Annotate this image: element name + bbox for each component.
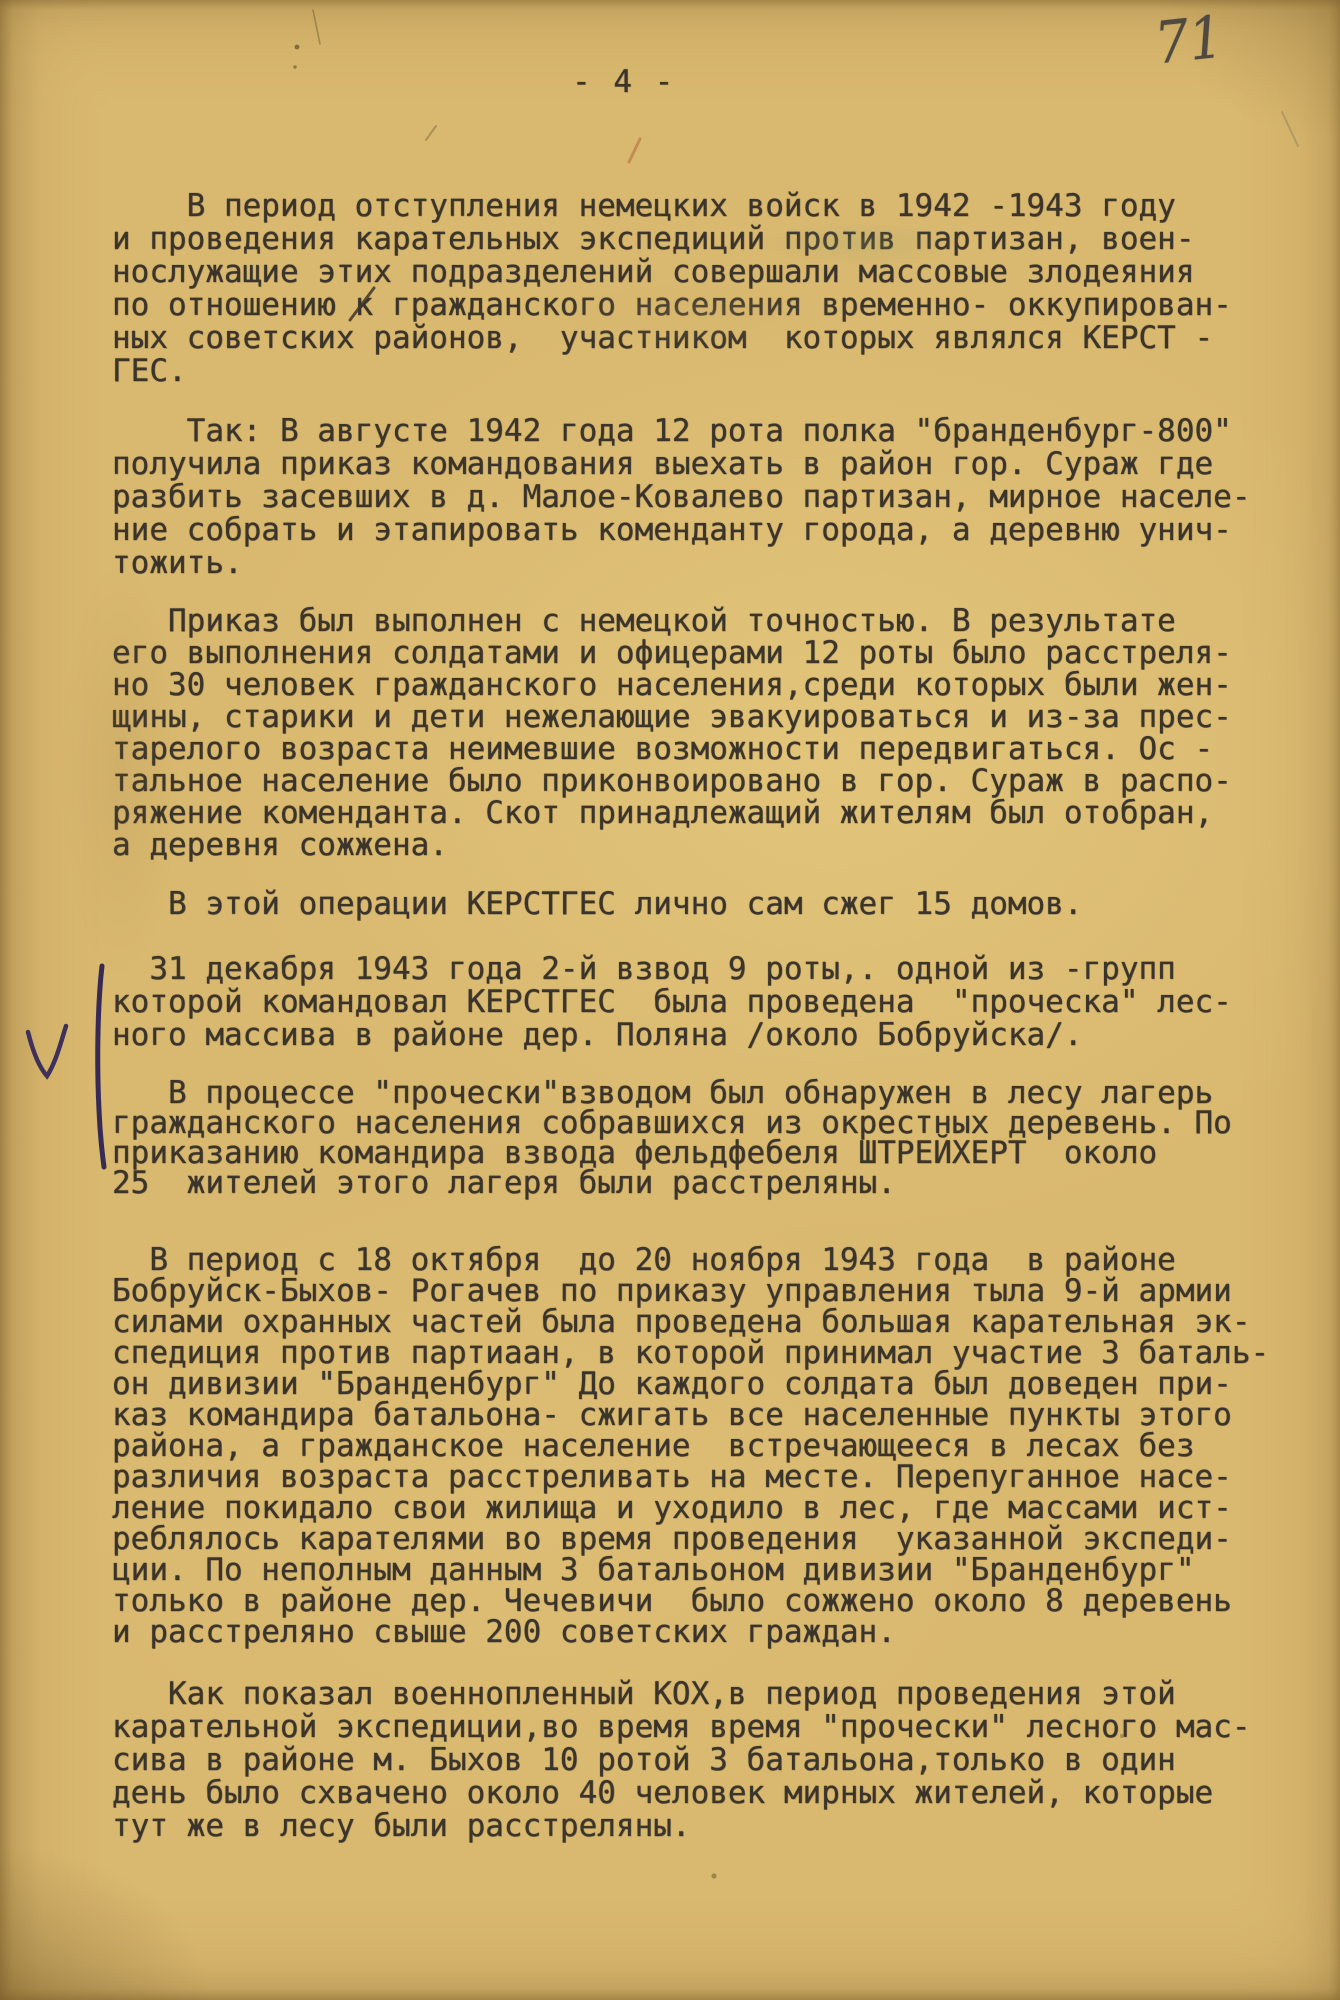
paragraph-4: В этой операции КЕРСТГЕС лично сам сжег …	[112, 888, 1083, 921]
paragraph-6: В процессе "прочески"взводом был обнаруж…	[112, 1078, 1232, 1198]
paper-speck	[711, 1873, 716, 1878]
paper-speck	[295, 45, 300, 50]
document-page: - 4 - 71 В период отступления немецких в…	[0, 0, 1340, 2000]
paper-speck	[293, 65, 296, 68]
margin-vertical-line-ink	[98, 966, 104, 1167]
paragraph-2: Так: В августе 1942 года 12 рота полка "…	[112, 415, 1250, 580]
page-number: - 4 -	[572, 66, 675, 99]
scratch-mark	[313, 10, 320, 44]
paragraph-5: 31 декабря 1943 года 2-й взвод 9 роты,. …	[112, 953, 1232, 1052]
margin-checkmark-icon	[28, 1026, 66, 1076]
handwritten-folio-number: 71	[1152, 3, 1227, 78]
paragraph-3: Приказ был выполнен с немецкой точностью…	[112, 605, 1232, 861]
paragraph-1: В период отступления немецких войск в 19…	[112, 190, 1232, 388]
scratch-mark	[426, 126, 436, 140]
paragraph-8: Как показал военнопленный КОХ,в период п…	[112, 1678, 1250, 1843]
red-pencil-tick	[629, 139, 640, 162]
paragraph-7: В период с 18 октября до 20 ноября 1943 …	[112, 1245, 1269, 1648]
scratch-mark	[1282, 112, 1298, 146]
